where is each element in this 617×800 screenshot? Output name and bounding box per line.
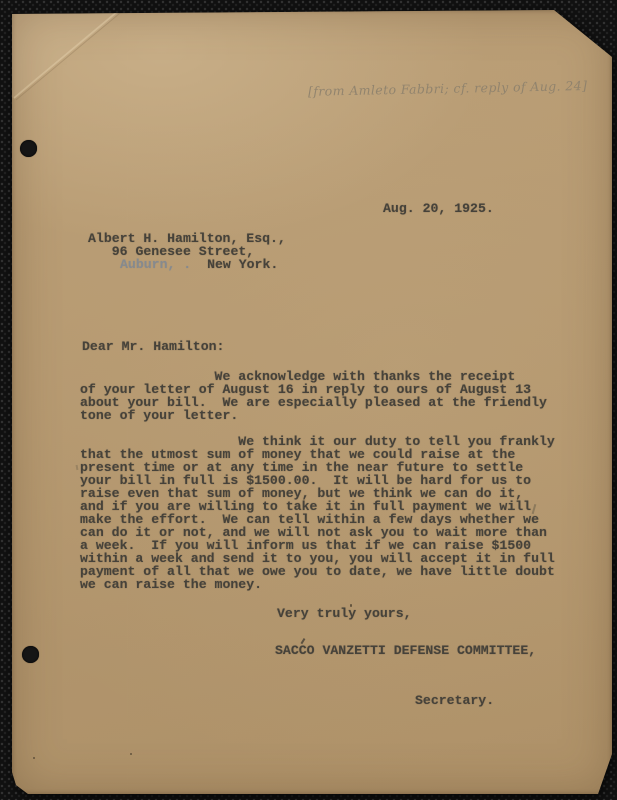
paper-speck — [130, 753, 132, 755]
recipient-city-line: Auburn, . New York. — [120, 258, 278, 271]
date-line: Aug. 20, 1925. — [383, 202, 494, 215]
recipient-address: Albert H. Hamilton, Esq., 96 Genesee Str… — [88, 232, 286, 258]
letter-body: We acknowledge with thanks the receipt o… — [80, 370, 555, 591]
organization-name: SACCO VANZETTI DEFENSE COMMITTEE, — [275, 644, 536, 657]
pencil-mark — [76, 465, 78, 470]
signoff-title: Secretary. — [415, 694, 494, 707]
letter-sheet: [from Amleto Fabbri; cf. reply of Aug. 2… — [12, 10, 612, 794]
hole-punch-top — [20, 140, 37, 157]
hole-punch-bottom — [22, 646, 39, 663]
handwritten-annotation: [from Amleto Fabbri; cf. reply of Aug. 2… — [308, 79, 578, 99]
paper-speck — [350, 604, 352, 607]
paper-speck — [33, 757, 35, 759]
city-stamp: Auburn, . — [120, 257, 207, 272]
salutation: Dear Mr. Hamilton: — [82, 340, 224, 353]
state-text: New York. — [207, 257, 278, 272]
document-page: [from Amleto Fabbri; cf. reply of Aug. 2… — [12, 10, 612, 794]
paper-crease — [12, 10, 152, 120]
closing-line: Very truly yours, — [277, 607, 412, 620]
